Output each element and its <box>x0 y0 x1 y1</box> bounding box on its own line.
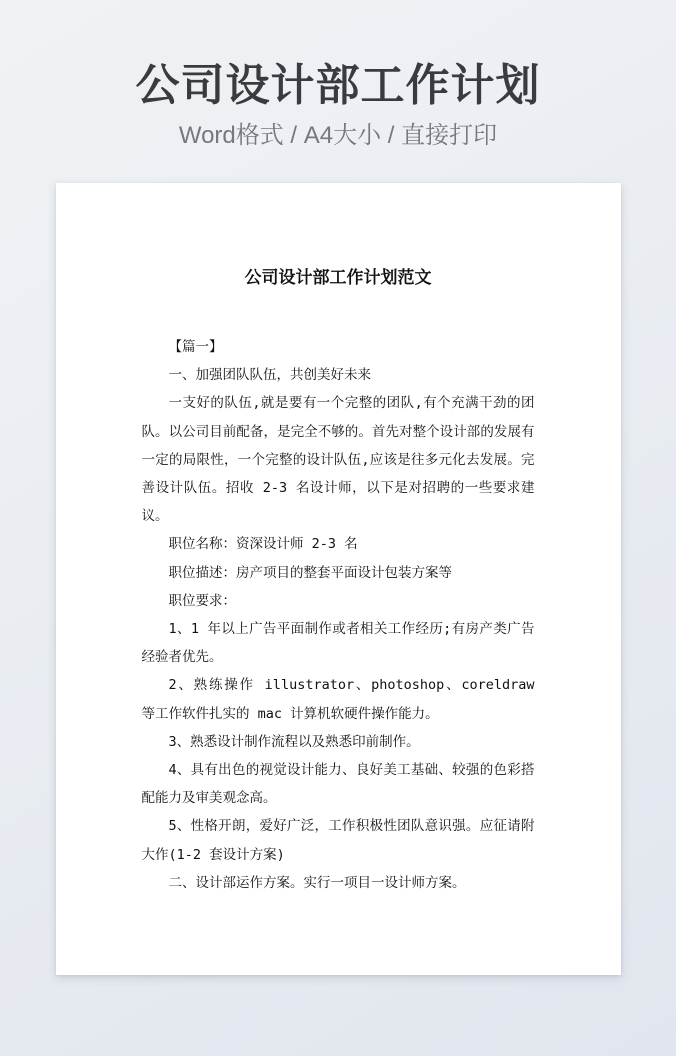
document-body: 【篇一】一、加强团队队伍，共创美好未来一支好的队伍,就是要有一个完整的团队,有个… <box>142 333 535 897</box>
template-preview: 公司设计部工作计划 Word格式 / A4大小 / 直接打印 公司设计部工作计划… <box>0 0 676 1056</box>
document-paragraph: 5、性格开朗，爱好广泛，工作积极性团队意识强。应征请附大作(1-2 套设计方案) <box>142 812 535 868</box>
document-paragraph: 2、熟练操作 illustrator、photoshop、coreldraw 等… <box>142 671 535 727</box>
document-paragraph: 职位描述：房产项目的整套平面设计包装方案等 <box>142 559 535 587</box>
header-title: 公司设计部工作计划 <box>0 60 676 112</box>
document-paragraph: 4、具有出色的视觉设计能力、良好美工基础、较强的色彩搭配能力及审美观念高。 <box>142 756 535 812</box>
document-paragraph: 二、设计部运作方案。实行一项目一设计师方案。 <box>142 869 535 897</box>
document-title: 公司设计部工作计划范文 <box>142 267 535 289</box>
document-paragraph: 【篇一】 <box>142 333 535 361</box>
header-subtitle: Word格式 / A4大小 / 直接打印 <box>0 123 676 149</box>
document-paragraph: 一支好的队伍,就是要有一个完整的团队,有个充满干劲的团队。以公司目前配备，是完全… <box>142 389 535 530</box>
header: 公司设计部工作计划 Word格式 / A4大小 / 直接打印 <box>0 0 676 149</box>
document-paragraph: 1、1 年以上广告平面制作或者相关工作经历;有房产类广告经验者优先。 <box>142 615 535 671</box>
document-paragraph: 职位名称：资深设计师 2-3 名 <box>142 530 535 558</box>
document-paragraph: 3、熟悉设计制作流程以及熟悉印前制作。 <box>142 728 535 756</box>
document-paragraph: 一、加强团队队伍，共创美好未来 <box>142 361 535 389</box>
document-page: 公司设计部工作计划范文 【篇一】一、加强团队队伍，共创美好未来一支好的队伍,就是… <box>56 183 621 975</box>
document-paragraph: 职位要求： <box>142 587 535 615</box>
